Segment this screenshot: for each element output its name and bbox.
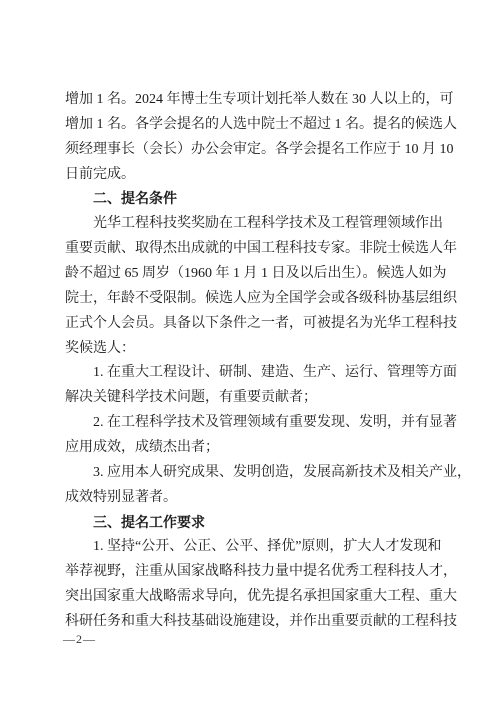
text-line: 院士，年龄不受限制。候选人应为全国学会或各级科协基层组织 [65, 287, 439, 312]
section-heading: 二、提名条件 [65, 187, 439, 212]
text-line: 突出国家重大战略需求导向，优先提名承担国家重大工程、重大 [65, 585, 439, 610]
text-line: 科研任务和重大科技基础设施建设，并作出重要贡献的工程科技 [65, 610, 439, 635]
document-page: 增加 1 名。2024 年博士生专项计划托举人数在 30 人以上的，可 增加 1… [65, 88, 439, 635]
text-line: 解决关键科学技术问题，有重要贡献者； [65, 386, 439, 411]
text-line: 应用成效，成绩杰出者； [65, 436, 439, 461]
text-line: 成效特别显著者。 [65, 486, 439, 511]
text-line: 奖候选人： [65, 337, 439, 362]
list-item-start: 1. 坚持“公开、公正、公平、择优”原则，扩大人才发现和 [65, 535, 439, 560]
list-item-start: 2. 在工程科学技术及管理领域有重要发现、发明，并有显著 [65, 411, 439, 436]
text-line: 重要贡献、取得杰出成就的中国工程科技专家。非院士候选人年 [65, 237, 439, 262]
page-number: —2— [63, 632, 96, 647]
text-line: 增加 1 名。各学会提名的人选中院士不超过 1 名。提名的候选人 [65, 113, 439, 138]
text-line: 增加 1 名。2024 年博士生专项计划托举人数在 30 人以上的，可 [65, 88, 439, 113]
text-line: 龄不超过 65 周岁（1960 年 1 月 1 日及以后出生）。候选人如为 [65, 262, 439, 287]
text-line: 日前完成。 [65, 163, 439, 188]
paragraph-start: 光华工程科技奖奖励在工程科学技术及工程管理领域作出 [65, 212, 439, 237]
list-item-start: 1. 在重大工程设计、研制、建造、生产、运行、管理等方面 [65, 361, 439, 386]
list-item-start: 3. 应用本人研究成果、发明创造，发展高新技术及相关产业， [65, 461, 439, 486]
section-heading: 三、提名工作要求 [65, 511, 439, 536]
text-line: 须经理事长（会长）办公会审定。各学会提名工作应于 10 月 10 [65, 138, 439, 163]
text-line: 举荐视野，注重从国家战略科技力量中提名优秀工程科技人才， [65, 560, 439, 585]
text-line: 正式个人会员。具备以下条件之一者，可被提名为光华工程科技 [65, 312, 439, 337]
